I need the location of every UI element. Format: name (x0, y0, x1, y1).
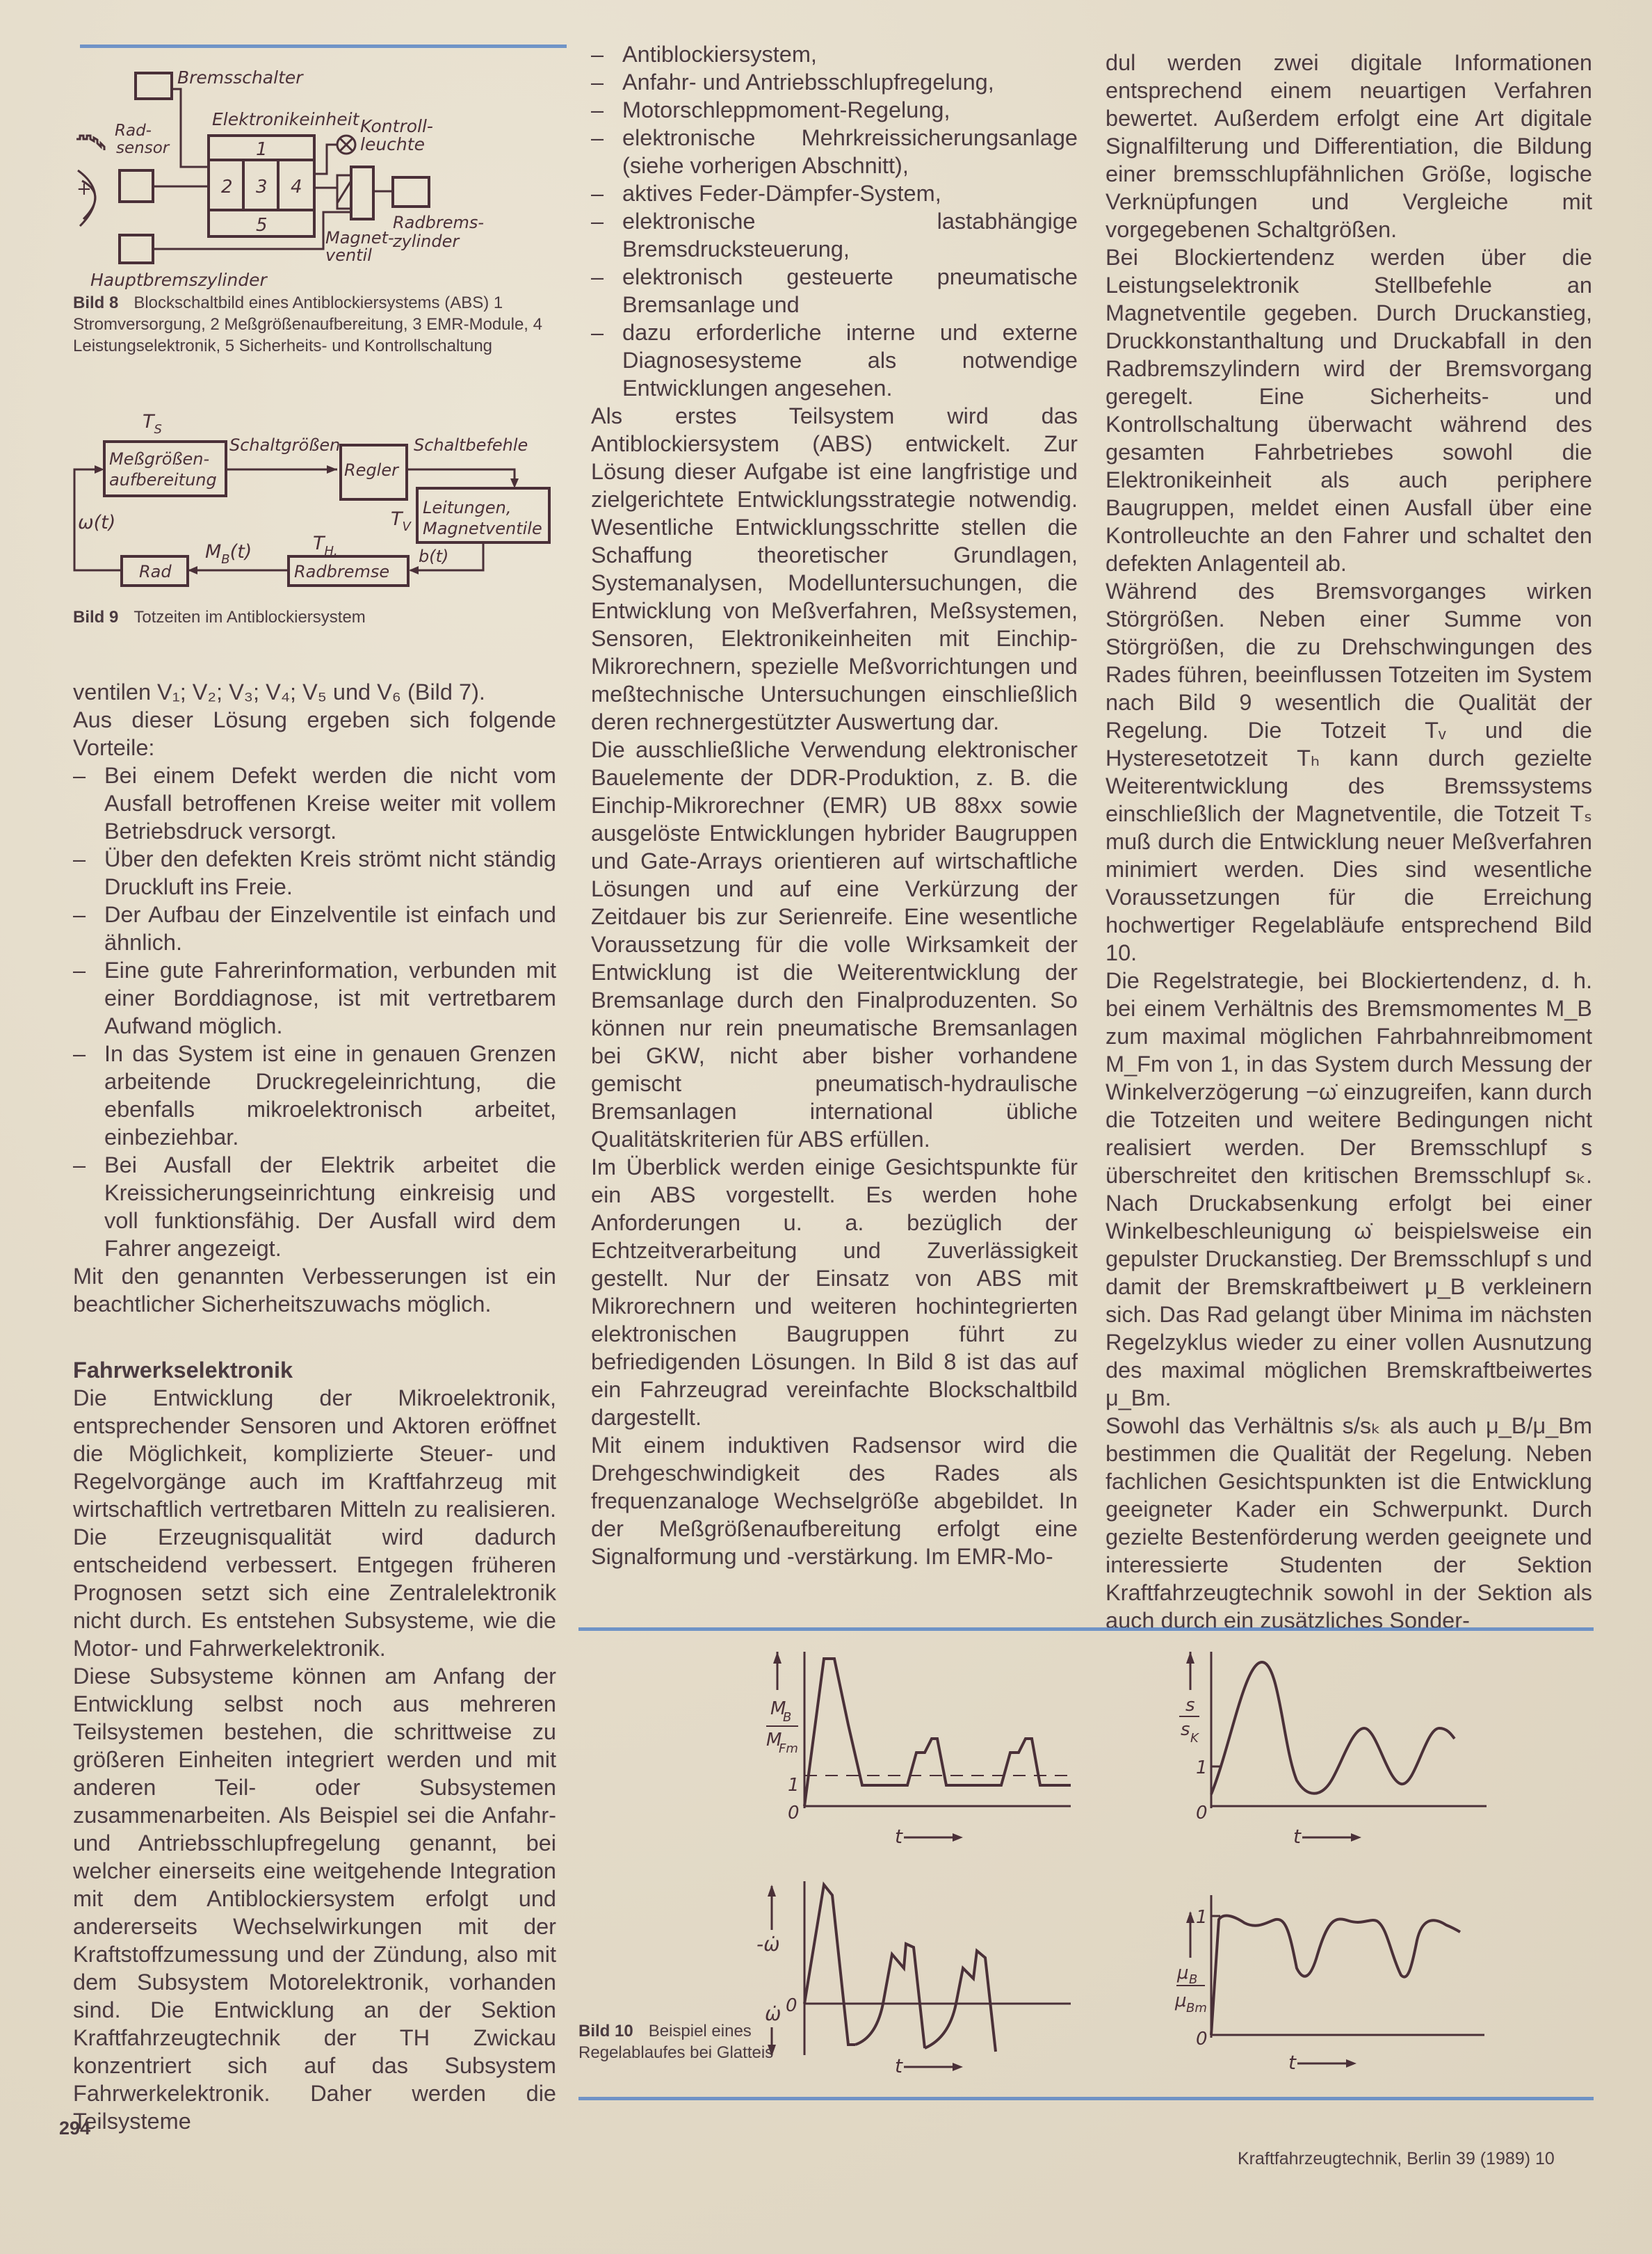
bild8-label: Bild 8 (73, 293, 118, 312)
column-1: ventilen V₁; V₂; V₃; V₄; V₅ und V₆ (Bild… (73, 678, 556, 2135)
top-rule (80, 45, 567, 48)
svg-text:5: 5 (256, 215, 268, 236)
col2-paragraph-1: Als erstes Teilsystem wird das Antiblock… (591, 402, 1078, 736)
svg-text:TS: TS (143, 411, 162, 437)
bild10-caption-line2: Regelablaufes bei Glatteis (578, 2043, 773, 2062)
hauptbremszylinder-label: Hauptbremszylinder (90, 270, 267, 290)
svg-text:2: 2 (221, 177, 233, 198)
svg-text:1: 1 (788, 1775, 800, 1796)
column-2: Antiblockiersystem, Anfahr- und Antriebs… (591, 40, 1078, 1570)
col2-paragraph-3: Im Überblick werden einige Gesichtspunkt… (591, 1153, 1078, 1431)
svg-text:1: 1 (1196, 1757, 1208, 1778)
svg-text:Bremsschalter: Bremsschalter (177, 67, 304, 88)
list-item: Bei einem Defekt werden die nicht vom Au… (73, 762, 556, 845)
list-item: elektronische Mehrkreissicherungsanlage … (591, 124, 1078, 179)
bild9-label: Bild 9 (73, 608, 118, 627)
col3-paragraph-4: Die Regelstrategie, bei Blockiertendenz,… (1106, 967, 1592, 1412)
svg-text:leuchte: leuchte (360, 134, 425, 154)
subsystems-list: Antiblockiersystem, Anfahr- und Antriebs… (591, 40, 1078, 402)
svg-text:0: 0 (788, 1803, 800, 1824)
bild9-caption-text: Totzeiten im Antiblockiersystem (133, 608, 365, 627)
svg-text:Meßgrößen-: Meßgrößen- (109, 449, 209, 469)
list-item: elektronische lastabhängige Bremsdruckst… (591, 207, 1078, 263)
bild9-caption: Bild 9Totzeiten im Antiblockiersystem (73, 606, 563, 628)
bild8-caption-text: Blockschaltbild eines Antiblockiersystem… (73, 293, 542, 355)
list-item: Eine gute Fahrerinformation, verbunden m… (73, 956, 556, 1040)
svg-text:Fm: Fm (779, 1741, 798, 1756)
bild10-caption-line1: Beispiel eines (649, 2022, 752, 2040)
svg-text:ω(t): ω(t) (78, 512, 115, 533)
svg-text:+: + (76, 179, 92, 200)
bild10-caption: Bild 10Beispiel eines Regelablaufes bei … (578, 2020, 843, 2063)
figure-bild8-diagram: Bremsschalter Elektronikeinheit 1 2 3 4 … (70, 56, 570, 271)
col1-paragraph-4: Diese Subsysteme können am Anfang der En… (73, 1662, 556, 2135)
svg-text:t: t (895, 1825, 903, 1848)
col3-paragraph-2: Bei Blockiertendenz werden über die Leis… (1106, 243, 1592, 577)
list-item: Anfahr- und Antriebsschlupfregelung, (591, 68, 1078, 96)
svg-text:t: t (1288, 2051, 1297, 2074)
svg-text:ventil: ventil (325, 245, 372, 265)
svg-text:0: 0 (786, 1995, 797, 2016)
col3-paragraph-1: dul werden zwei digitale Informationen e… (1106, 49, 1592, 243)
figure-bild9-diagram: TS Meßgrößen- aufbereitung Schaltgrößen … (70, 403, 570, 591)
svg-text:Schaltgrößen: Schaltgrößen (229, 435, 340, 455)
svg-text:Schaltbefehle: Schaltbefehle (414, 435, 528, 455)
page-number: 294 (59, 2118, 90, 2139)
list-item: Über den defekten Kreis strömt nicht stä… (73, 845, 556, 901)
col3-paragraph-5: Sowohl das Verhältnis s/sₖ als auch μ_B/… (1106, 1412, 1592, 1634)
list-item: Motorschleppmoment-Regelung, (591, 96, 1078, 124)
svg-text:μ: μ (1174, 1990, 1187, 2011)
svg-text:3: 3 (256, 177, 268, 198)
advantages-list: Bei einem Defekt werden die nicht vom Au… (73, 762, 556, 1262)
svg-text:b(t): b(t) (419, 547, 448, 566)
svg-text:Regler: Regler (344, 460, 400, 480)
svg-text:B: B (783, 1710, 791, 1725)
bild10-bottom-rule (578, 2097, 1594, 2100)
svg-text:Kontroll-: Kontroll- (360, 116, 433, 136)
bild10-top-rule (578, 1627, 1594, 1631)
col1-paragraph-2: Mit den genannten Verbesserungen ist ein… (73, 1262, 556, 1318)
column-3: dul werden zwei digitale Informationen e… (1106, 49, 1592, 1634)
list-item: Bei Ausfall der Elektrik arbeitet die Kr… (73, 1151, 556, 1262)
list-item: elektronisch gesteuerte pneumatische Bre… (591, 263, 1078, 319)
svg-text:Radbremse: Radbremse (294, 562, 389, 581)
svg-text:TV: TV (391, 508, 412, 534)
svg-text:TH.: TH. (313, 533, 338, 558)
svg-text:Leitungen,: Leitungen, (423, 498, 511, 517)
svg-text:zylinder: zylinder (392, 232, 460, 251)
svg-text:1: 1 (1196, 1907, 1208, 1928)
svg-text:1: 1 (256, 139, 268, 160)
col1-paragraph-1: Aus dieser Lösung ergeben sich folgende … (73, 706, 556, 762)
svg-text:s: s (1185, 1695, 1195, 1716)
svg-text:Bm: Bm (1186, 2001, 1207, 2015)
section-heading-fahrwerkselektronik: Fahrwerkselektronik (73, 1356, 556, 1384)
svg-text:sensor: sensor (116, 139, 170, 157)
chart-s-sk: s s K 1 0 t (1179, 1652, 1487, 1848)
col1-intro: ventilen V₁; V₂; V₃; V₄; V₅ und V₆ (Bild… (73, 678, 556, 706)
svg-text:4: 4 (291, 177, 302, 198)
svg-text:Rad: Rad (139, 562, 172, 581)
svg-text:s: s (1181, 1719, 1190, 1740)
chart-mu-ratio: 1 0 μ B μ Bm t (1174, 1895, 1484, 2074)
svg-text:Rad-: Rad- (115, 122, 152, 140)
svg-text:Elektronikeinheit: Elektronikeinheit (212, 109, 360, 129)
svg-text:0: 0 (1196, 2029, 1208, 2050)
list-item: aktives Feder-Dämpfer-System, (591, 179, 1078, 207)
col2-paragraph-4: Mit einem induktiven Radsensor wird die … (591, 1431, 1078, 1570)
svg-text:μ: μ (1176, 1963, 1189, 1983)
list-item: In das System ist eine in genauen Grenze… (73, 1040, 556, 1151)
list-item: Antiblockiersystem, (591, 40, 1078, 68)
svg-text:Magnet-: Magnet- (325, 228, 394, 248)
svg-text:Radbrems-: Radbrems- (393, 213, 484, 232)
svg-text:-ω̇: -ω̇ (756, 1933, 780, 1956)
svg-text:t: t (1293, 1825, 1302, 1848)
journal-reference: Kraftfahrzeugtechnik, Berlin 39 (1989) 1… (1238, 2149, 1555, 2169)
list-item: Der Aufbau der Einzelventile ist einfach… (73, 901, 556, 956)
svg-text:t: t (895, 2054, 903, 2077)
col1-paragraph-3: Die Entwicklung der Mikroelektronik, ent… (73, 1384, 556, 1662)
svg-text:K: K (1190, 1731, 1199, 1746)
svg-text:Magnetventile: Magnetventile (423, 519, 542, 538)
bild10-label: Bild 10 (578, 2022, 633, 2040)
col2-paragraph-2: Die ausschließliche Verwendung elektroni… (591, 736, 1078, 1153)
col3-paragraph-3: Während des Bremsvorganges wirken Störgr… (1106, 577, 1592, 967)
svg-text:0: 0 (1196, 1803, 1208, 1824)
chart-mb-mfm: M B M Fm 1 0 t (766, 1652, 1071, 1848)
svg-text:aufbereitung: aufbereitung (109, 470, 217, 490)
bild8-caption: Bild 8Blockschaltbild eines Antiblockier… (73, 292, 563, 357)
svg-text:B: B (1189, 1972, 1197, 1987)
svg-text:MB(t): MB(t) (205, 541, 252, 567)
list-item: dazu erforderliche interne und externe D… (591, 319, 1078, 402)
